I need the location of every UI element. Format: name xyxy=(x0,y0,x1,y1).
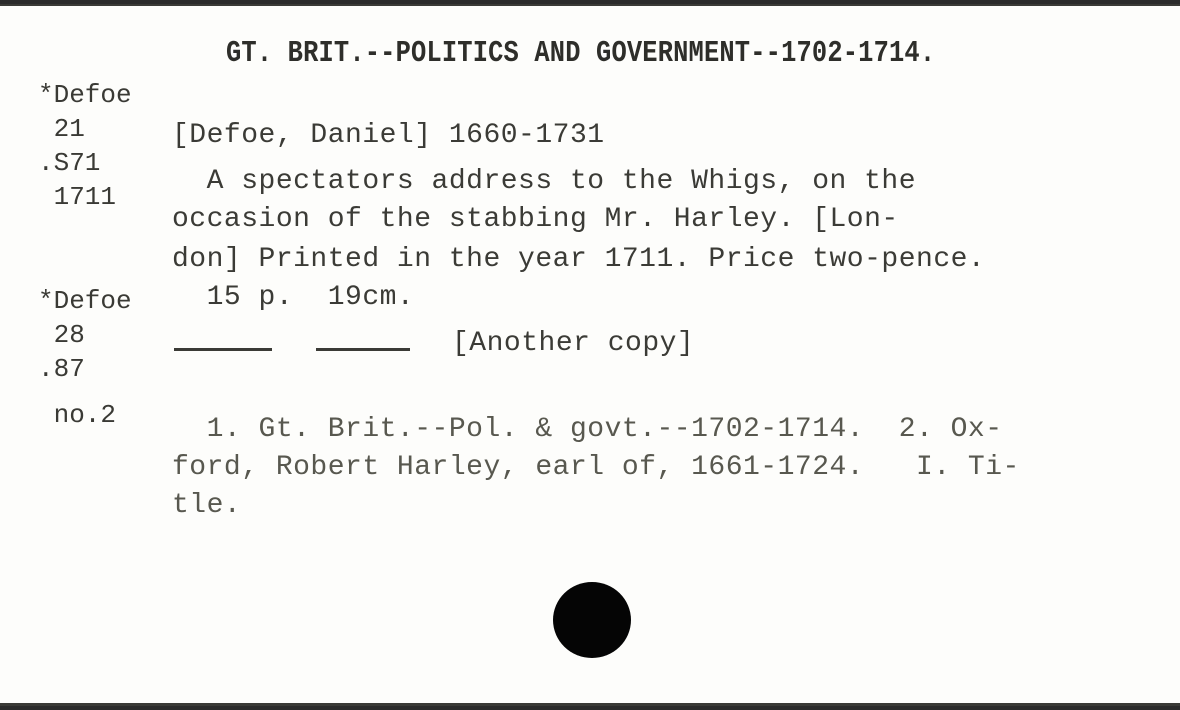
main-entry: [Defoe, Daniel] 1660-1731 xyxy=(172,120,605,152)
call-number-2-line-3: .87 xyxy=(38,354,85,384)
tracings-line-1: 1. Gt. Brit.--Pol. & govt.--1702-1714. 2… xyxy=(172,414,1003,446)
dash-title xyxy=(316,348,410,351)
call-number-1-line-1: *Defoe xyxy=(38,80,132,110)
title-line-1: A spectators address to the Whigs, on th… xyxy=(172,166,916,198)
title-line-3: don] Printed in the year 1711. Price two… xyxy=(172,244,985,276)
call-number-2-line-1: *Defoe xyxy=(38,286,132,316)
subject-heading: GT. BRIT.--POLITICS AND GOVERNMENT--1702… xyxy=(226,36,935,72)
call-number-1-line-2: 21 xyxy=(38,114,85,144)
title-line-2: occasion of the stabbing Mr. Harley. [Lo… xyxy=(172,204,899,236)
tracings-line-2: ford, Robert Harley, earl of, 1661-1724.… xyxy=(172,452,1020,484)
punch-hole-icon xyxy=(553,582,631,658)
call-number-1-line-3: .S71 xyxy=(38,148,100,178)
another-copy-note: [Another copy] xyxy=(452,328,694,360)
tracings-line-3: tle. xyxy=(172,490,241,522)
call-number-2-line-4: no.2 xyxy=(38,400,116,430)
collation: 15 p. 19cm. xyxy=(172,282,414,314)
catalog-card: GT. BRIT.--POLITICS AND GOVERNMENT--1702… xyxy=(0,4,1180,706)
dash-author xyxy=(174,348,272,351)
call-number-1-line-4: 1711 xyxy=(38,182,116,212)
call-number-2-line-2: 28 xyxy=(38,320,85,350)
